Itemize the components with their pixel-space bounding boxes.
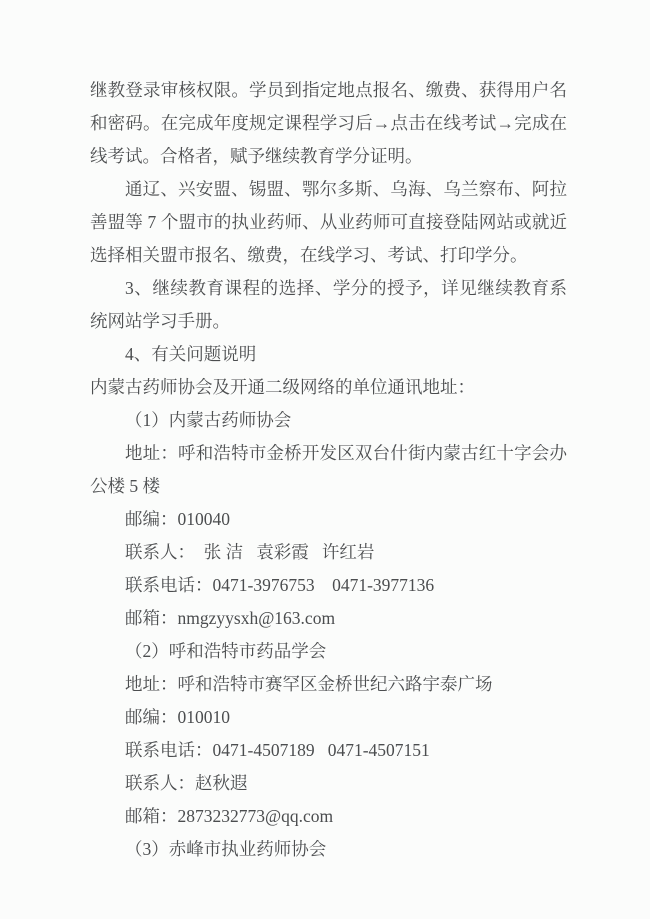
paragraph-org2-contact-person: 联系人：赵秋遐 [90,767,567,800]
paragraph-login-instructions: 继教登录审核权限。学员到指定地点报名、缴费、获得用户名和密码。在完成年度规定课程… [90,74,567,173]
paragraph-org2-phone-numbers: 联系电话：0471-4507189 0471-4507151 [90,734,567,767]
paragraph-org1-contact-persons: 联系人： 张 洁 袁彩霞 许红岩 [90,536,567,569]
paragraph-contact-list-intro: 内蒙古药师协会及开通二级网络的单位通讯地址： [90,371,567,404]
paragraph-org1-address: 地址：呼和浩特市金桥开发区双台什街内蒙古红十字会办公楼 5 楼 [90,437,567,503]
paragraph-league-cities: 通辽、兴安盟、锡盟、鄂尔多斯、乌海、乌兰察布、阿拉善盟等 7 个盟市的执业药师、… [90,173,567,272]
heading-item-4-related-issues: 4、有关问题说明 [90,338,567,371]
paragraph-org2-email: 邮箱：2873232773@qq.com [90,800,567,833]
paragraph-org1-phone-numbers: 联系电话：0471-3976753 0471-3977136 [90,569,567,602]
paragraph-org2-postcode: 邮编：010010 [90,701,567,734]
heading-org-3-chifeng-licensed-pharmacist-assoc: （3）赤峰市执业药师协会 [90,833,567,866]
paragraph-org1-postcode: 邮编：010040 [90,503,567,536]
paragraph-org2-address: 地址：呼和浩特市赛罕区金桥世纪六路宇泰广场 [90,668,567,701]
heading-org-2-hohhot-pharmaceutical-society: （2）呼和浩特市药品学会 [90,635,567,668]
heading-org-1-inner-mongolia-pharmacist-assoc: （1）内蒙古药师协会 [90,404,567,437]
paragraph-org1-email: 邮箱：nmgzyysxh@163.com [90,602,567,635]
document-page: 继教登录审核权限。学员到指定地点报名、缴费、获得用户名和密码。在完成年度规定课程… [0,0,650,919]
document-text-block: 继教登录审核权限。学员到指定地点报名、缴费、获得用户名和密码。在完成年度规定课程… [90,74,567,866]
paragraph-item-3-course-selection: 3、继续教育课程的选择、学分的授予，详见继续教育系统网站学习手册。 [90,272,567,338]
